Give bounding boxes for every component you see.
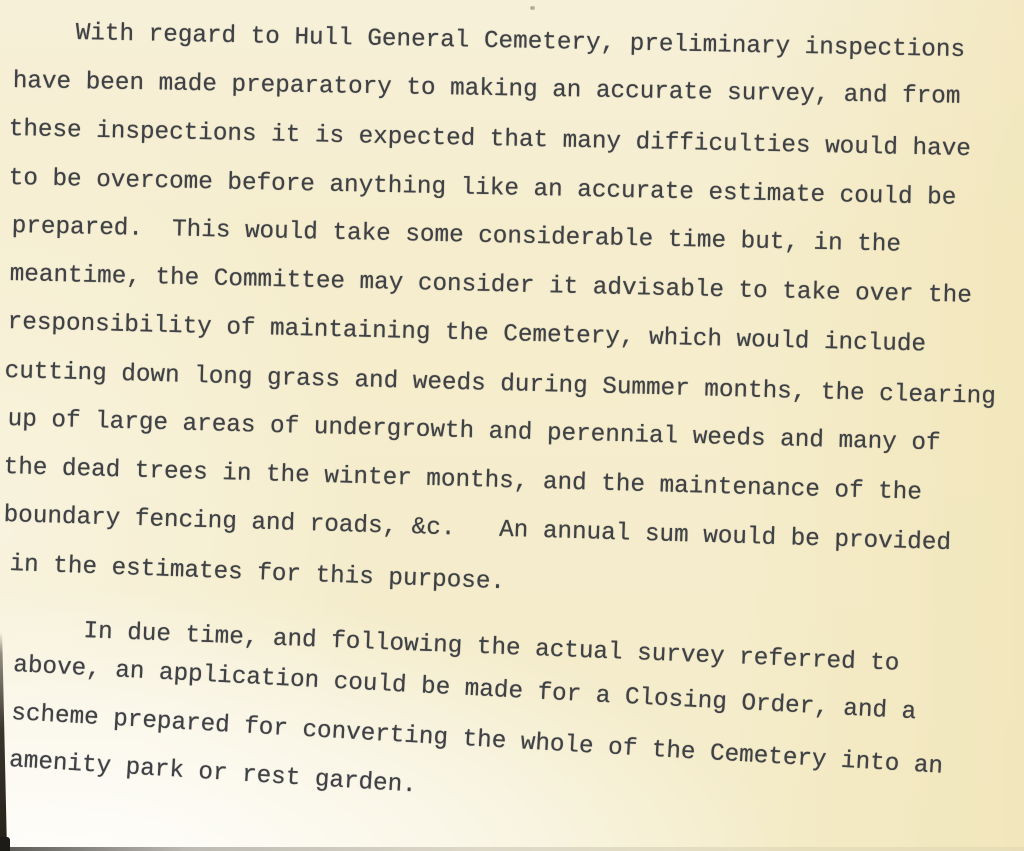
text-line: prepared. This would take some considera… [11,214,901,258]
text-line: have been made preparatory to making an … [13,69,961,110]
text-line: meantime, the Committee may consider it … [9,262,972,309]
text-line: amenity park or rest garden. [8,748,417,799]
text-line: responsibility of maintaining the Cemete… [7,310,926,358]
text-line: to be overcome before anything like an a… [8,166,956,211]
text-line: cutting down long grass and weeds during… [4,359,996,410]
text-line: boundary fencing and roads, &c. An annua… [3,503,951,557]
text-line: these inspections it is expected that ma… [8,117,971,163]
page-corner-shadow [0,837,10,851]
text-line: the dead trees in the winter months, and… [3,455,922,506]
text-line: in the estimates for this purpose. [9,552,505,596]
typewritten-text-block: With regard to Hull General Cemetery, pr… [0,0,1024,851]
page-edge-shadow-bottom [0,847,1024,851]
text-line: up of large areas of undergrowth and per… [7,407,941,457]
text-line: With regard to Hull General Cemetery, pr… [76,21,966,64]
